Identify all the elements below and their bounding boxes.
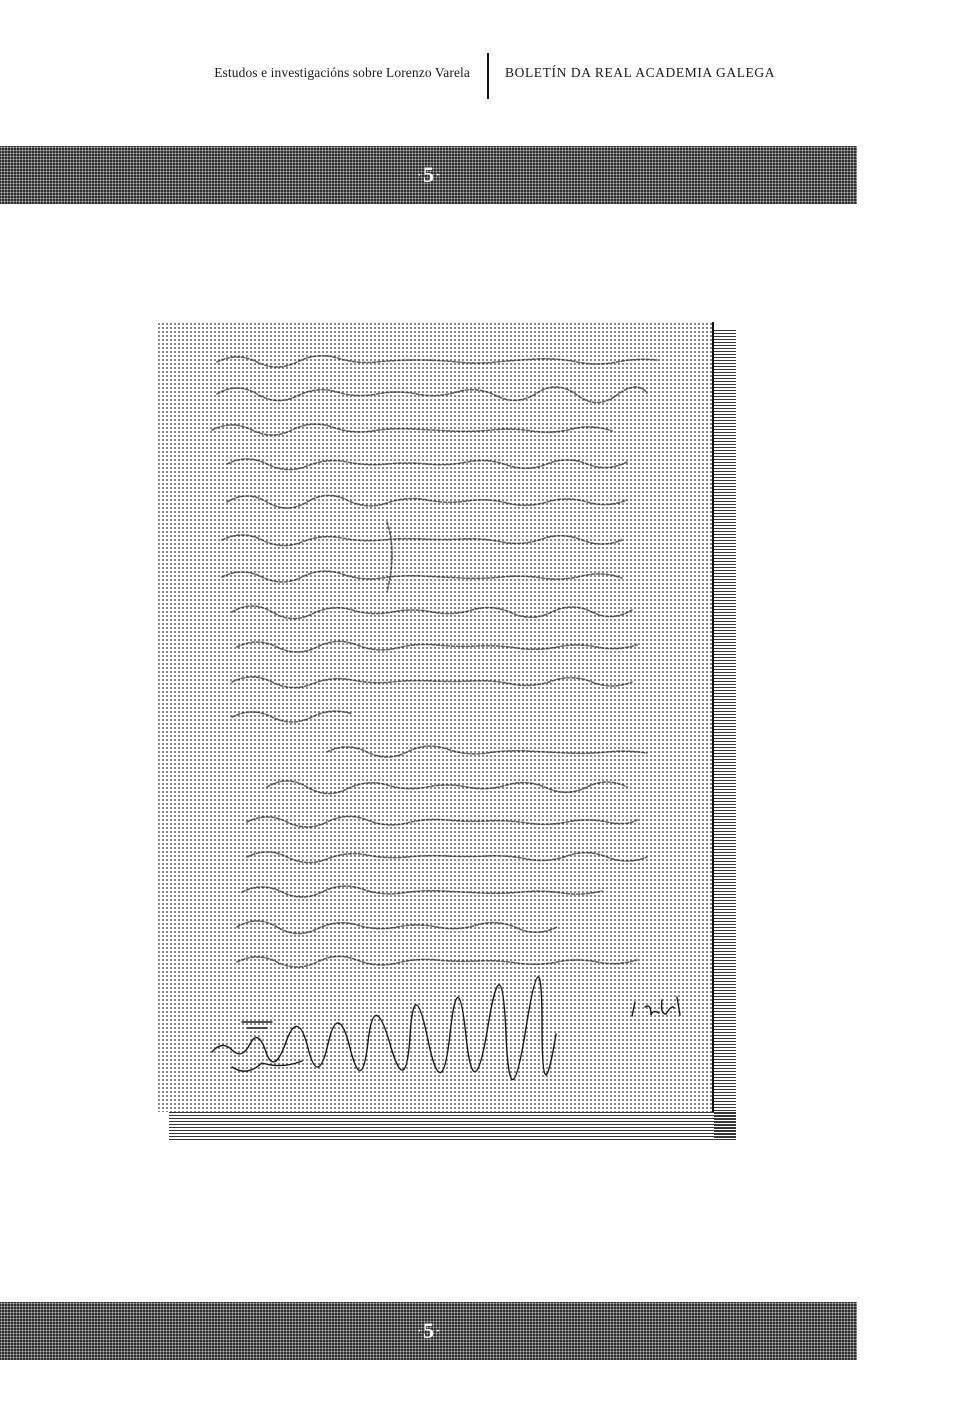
top-page-number: · 5 · bbox=[417, 162, 439, 188]
folio-left-mark-icon: · bbox=[417, 169, 421, 181]
folio-right-mark-icon: · bbox=[436, 169, 440, 181]
manuscript-figure bbox=[157, 322, 714, 1112]
running-header: Estudos e investigacións sobre Lorenzo V… bbox=[0, 53, 975, 99]
header-series-title: Estudos e investigacións sobre Lorenzo V… bbox=[214, 65, 470, 81]
folio-left-mark-icon: · bbox=[417, 1325, 421, 1337]
bottom-folio-band: · 5 · bbox=[0, 1302, 857, 1360]
header-journal-title: BOLETÍN DA REAL ACADEMIA GALEGA bbox=[505, 65, 775, 81]
top-folio-band: · 5 · bbox=[0, 146, 857, 204]
handwritten-letter-scan-icon bbox=[157, 322, 714, 1112]
figure-right-edge bbox=[712, 322, 714, 1112]
figure-shadow-bottom bbox=[169, 1112, 736, 1140]
header-divider bbox=[487, 53, 489, 99]
page-number: 5 bbox=[423, 162, 434, 188]
page-number: 5 bbox=[423, 1318, 434, 1344]
bottom-page-number: · 5 · bbox=[417, 1318, 439, 1344]
figure-shadow-right bbox=[714, 330, 736, 1140]
folio-right-mark-icon: · bbox=[436, 1325, 440, 1337]
handwriting-strokes bbox=[157, 322, 714, 1112]
